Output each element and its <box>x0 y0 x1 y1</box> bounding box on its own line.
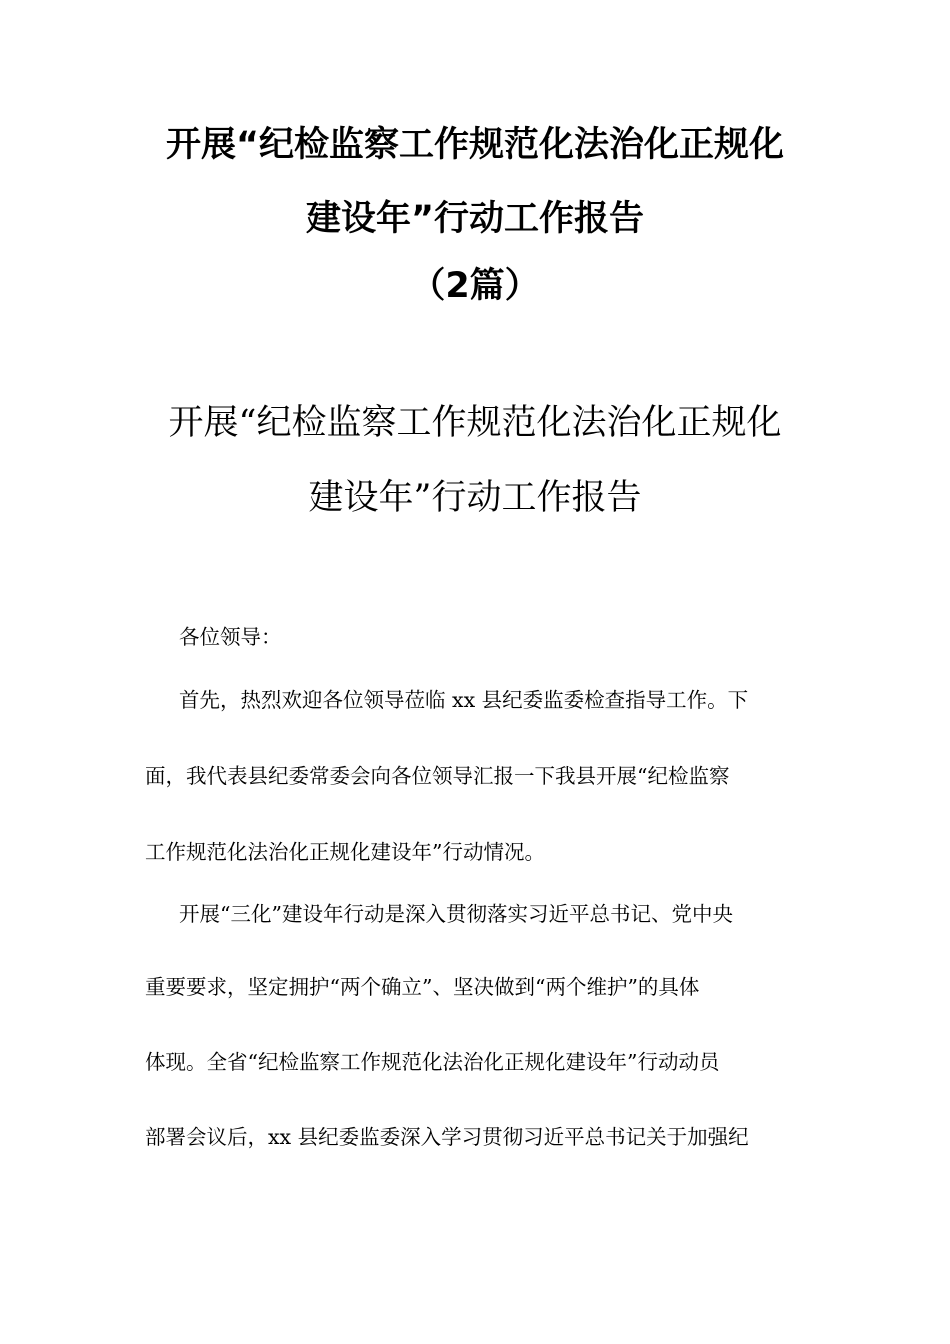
report-title-line-2: 建设年”行动工作报告 <box>0 478 950 518</box>
paragraph-1-line-3: 工作规范化法治化正规化建设年”行动情况。 <box>145 840 805 864</box>
document-page: 开展“纪检监察工作规范化法治化正规化 建设年”行动工作报告 （2篇） 开展“纪检… <box>0 0 950 1344</box>
paragraph-1-line-2: 面，我代表县纪委常委会向各位领导汇报一下我县开展“纪检监察 <box>145 764 805 788</box>
paragraph-2-line-3: 体现。全省“纪检监察工作规范化法治化正规化建设年”行动动员 <box>145 1050 805 1074</box>
paragraph-2-line-2: 重要要求，坚定拥护“两个确立”、坚决做到“两个维护”的具体 <box>145 975 805 999</box>
report-title-line-1: 开展“纪检监察工作规范化法治化正规化 <box>0 403 950 443</box>
paragraph-2-line-1: 开展“三化”建设年行动是深入贯彻落实习近平总书记、党中央 <box>179 902 839 926</box>
paragraph-1-line-1: 首先，热烈欢迎各位领导莅临 xx 县纪委监委检查指导工作。下 <box>179 688 839 712</box>
cover-title-count: （2篇） <box>0 266 950 306</box>
cover-title-line-1: 开展“纪检监察工作规范化法治化正规化 <box>0 125 950 165</box>
paragraph-2-line-4: 部署会议后，xx 县纪委监委深入学习贯彻习近平总书记关于加强纪 <box>145 1125 805 1149</box>
cover-title-line-2: 建设年”行动工作报告 <box>0 199 950 239</box>
salutation: 各位领导： <box>179 625 839 649</box>
